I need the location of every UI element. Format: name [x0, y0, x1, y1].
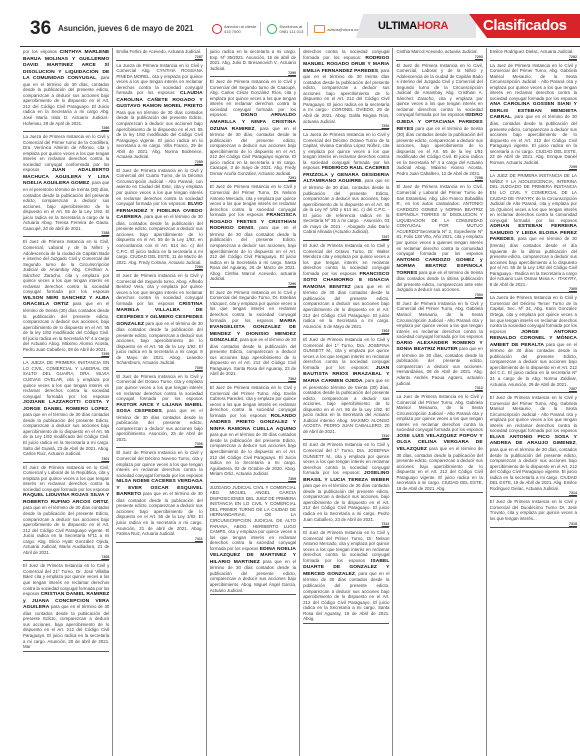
notice-ref-code: 7299: [490, 165, 577, 169]
brand-logo: ULTIMAHORA: [378, 20, 448, 32]
classifieds-columns: por los esposos CINTHYA MARLENE BARUA MO…: [20, 48, 580, 756]
notice-text: para que en el término de 30 días contad…: [303, 483, 389, 521]
contact-whatsapp[interactable]: Escribinos al0981 111 013: [267, 22, 308, 36]
notice-text: La Jueza de Primera Instancia en lo Civi…: [303, 132, 389, 170]
legal-notice: El Juez de Primera Instancia en lo Civil…: [303, 529, 389, 624]
notice-text: El Juez de Primera Instancia en lo Civil…: [490, 499, 577, 521]
notice-ref-code: 7297: [303, 235, 389, 239]
notice-ref-code: 7302: [210, 377, 296, 381]
notice-text: , para que en el término de 30 días cont…: [23, 499, 109, 555]
notice-text: , para que en término de 30 (treinta) dí…: [490, 236, 577, 286]
legal-notice: Emilce Rodríguez Dielac, Actuaria Judici…: [490, 48, 577, 61]
notice-ref-code: 7308: [23, 555, 109, 559]
legal-notice: El Juez de Primera Instancia en lo Civil…: [116, 167, 202, 271]
notice-ref-code: 7303: [303, 329, 389, 333]
notice-text: El Juez de Primera Instancia en lo Civil…: [116, 374, 202, 401]
notice-text: La Jueza de Primera Instancia en lo Civi…: [23, 134, 109, 172]
notice-text: , para que en el término de 30 días, con…: [490, 440, 577, 490]
notice-text: para que en el término de treinta (30) d…: [23, 301, 109, 351]
legal-notice: El Juez de Primera Instancia en lo Civil…: [210, 384, 296, 483]
column-3: juicio radica en la secretaría a mi carg…: [207, 48, 300, 756]
notice-text: La Juez de Primera Instancia en lo Civil…: [490, 63, 577, 101]
contact-value: 0981 111 013: [279, 29, 303, 34]
contact-phone[interactable]: Atención al cliente415 7000: [212, 22, 261, 36]
legal-notice: LA JUEZA DE PRIMERA INSTANCIA EN LO CIVI…: [23, 359, 109, 462]
notice-text: El Juez de Primera Instancia en lo Civil…: [116, 168, 202, 206]
notice-text: , para que en el término de 30 días, con…: [210, 126, 296, 176]
notice-text: para que en el término de 30 días contad…: [116, 321, 202, 366]
notice-text: El Juez de Primera Instancia en lo Civil…: [23, 465, 109, 492]
legal-notice: La Jueza de Primera Instancia en lo Civi…: [23, 133, 109, 237]
notice-ref-code: 7291: [210, 176, 296, 180]
notice-text: para que en el término de 30 días, conta…: [396, 346, 482, 385]
legal-notice: derechos contra la sociedad conyugal for…: [303, 48, 389, 130]
notice-text: , para que en el término de 30 días cont…: [210, 225, 296, 281]
notice-ref-code: 7307: [490, 387, 577, 391]
notice-text: , para que en el perentorio término de t…: [303, 378, 389, 434]
notice-ref-code: 7287: [116, 55, 202, 59]
legal-notice: El Juez de Primera Instancia en lo Civil…: [490, 498, 577, 527]
notice-text: para que en el término de 30 días contad…: [23, 604, 109, 649]
notice-text: La Juez de Primera Instancia en lo Civil…: [396, 394, 482, 432]
legal-notice: La Juez de Primera Instancia en lo Civil…: [490, 62, 577, 172]
notice-text: El Juez de Primera Instancia en lo Civil…: [396, 63, 482, 118]
brand-banner: ULTIMAHORA Clasificados: [356, 14, 580, 38]
legal-notice: El Juez de Primera Instancia en lo Civil…: [303, 242, 389, 335]
notice-ref-code: 7312: [303, 522, 389, 526]
legal-notice: El Juez de Primera Instancia en lo Civil…: [210, 183, 296, 287]
notice-text: JUZGADO JUDICIAL CIVIL Y COMERCIAL ABG. …: [210, 485, 296, 551]
notice-text: para que en el término de 30 días contad…: [210, 432, 296, 476]
phone-icon: [212, 24, 222, 34]
notice-ref-code: 7286: [23, 126, 109, 130]
notice-text: Para que en término de 30 días contados …: [116, 110, 202, 159]
notice-names: ELIAS ANTONIO PICO SOSA Y ANDREA DE ARAU…: [490, 435, 577, 447]
notice-text: LA JUEZ DE PRIMERA INSTANCIA DE LA NIÑEZ…: [490, 173, 577, 222]
notice-text: , para que en el término de 30 treinta d…: [303, 68, 389, 124]
notice-text: LA JUEZA DE PRIMERA INSTANCIA EN LO CIVI…: [23, 360, 109, 398]
legal-notice: El Juez de Primera instancia en lo Civil…: [116, 272, 202, 372]
legal-notice: El Juez de Primera Instancia en lo Civil…: [210, 289, 296, 383]
notice-text: para que en el término de 30 días contad…: [490, 342, 577, 387]
notice-text: , para que en el término de 30 días, con…: [490, 114, 577, 164]
column-5: Cinthia Marcol Acevedo, actuaria Judicia…: [393, 48, 486, 756]
legal-notice: La Jueza de Primera Instancia en lo Civi…: [490, 294, 577, 393]
column-1: por los esposos CINTHYA MARLENE BARUA MO…: [20, 48, 113, 756]
column-6: Emilce Rodríguez Dielac, Actuaria Judici…: [487, 48, 580, 756]
legal-notice: Emilia Ferlini de Acevedo, Actuaria Judi…: [116, 48, 202, 61]
legal-notice: El Juez de Primera Instancia en lo Civil…: [396, 300, 482, 392]
notice-text: , para que en el término de 30 días, con…: [23, 75, 109, 125]
contact-value: 415 7000: [224, 29, 241, 34]
notice-text: para que en el término de 30 días contad…: [116, 491, 202, 536]
notice-ref-code: 7300: [116, 366, 202, 370]
legal-notice: El Juez de Primera Instancia en lo Civil…: [116, 373, 202, 449]
notice-text: , para que en el perentorio término de t…: [23, 180, 109, 230]
notice-ref-code: 7304: [396, 293, 482, 297]
column-2: Emilia Ferlini de Acevedo, Actuaria Judi…: [113, 48, 206, 756]
notice-text: La Jueza de Primera Instancia en lo Civi…: [490, 295, 577, 333]
notice-text: juicio radica en la secretaría a mi carg…: [210, 49, 296, 71]
mail-icon: [314, 25, 325, 33]
notice-ref-code: 7289: [116, 160, 202, 164]
legal-notice: El Juez de Primera Instancia en lo Civil…: [396, 62, 482, 183]
legal-notice: El Juez de Primera Instancia en lo Civil…: [303, 441, 389, 528]
notice-ref-code: 7295: [23, 352, 109, 356]
notice-ref-code: 7314: [490, 491, 577, 495]
notice-ref-code: 7288: [23, 231, 109, 235]
notice-text: El Juez de Primera Instancia en lo Civil…: [116, 450, 202, 477]
legal-notice: LA JUEZ DE PRIMERA INSTANCIA DE LA NIÑEZ…: [490, 172, 577, 293]
legal-notice: JUZGADO JUDICIAL CIVIL Y COMERCIAL ABG. …: [210, 484, 296, 595]
notice-ref-code: 7292: [303, 124, 389, 128]
legal-notice: La Jueza de Primera Instancia en lo Civi…: [303, 131, 389, 241]
section-title: Clasificados: [483, 17, 567, 34]
notice-ref-code: 7315: [490, 522, 577, 526]
notice-text: El Juez de Primera Instancia en lo Civil…: [396, 184, 482, 256]
notice-text: , para que en el término de 30 días cont…: [23, 406, 109, 456]
notice-text: para que en el término de 30 días, conta…: [396, 446, 482, 491]
notice-ref-code: 7296: [210, 282, 296, 286]
whatsapp-icon: [267, 24, 277, 34]
notice-text: , para que en el término de 30 días, con…: [116, 214, 202, 264]
notice-text: El Juez de Primera Instancia en lo Civil…: [396, 301, 482, 339]
legal-notice: El Juez de Primera Instancia en lo Civil…: [23, 562, 109, 651]
legal-notice: El Juez de Primera Instancia en lo Civil…: [116, 449, 202, 542]
contact-strip: Atención al cliente415 7000 Escribinos a…: [212, 22, 371, 36]
legal-notice: por los esposos CINTHYA MARLENE BARUA MO…: [23, 48, 109, 132]
legal-notice: El Juez de Primera Instancia en lo Civil…: [396, 183, 482, 298]
page-number: 36: [30, 18, 51, 40]
page-header: 36 Asunción, jueves 6 de mayo de 2021 At…: [0, 0, 580, 46]
notice-text: El Juez de Primera Instancia en lo Civil…: [490, 395, 577, 433]
notice-names: RAQUEL LIDUVINA ROJAS SILVA Y ROBERTO RU…: [23, 493, 109, 505]
notice-text: para que en el término de treinta (30) d…: [396, 126, 482, 176]
notice-ref-code: 7293: [396, 55, 482, 59]
notice-ref-code: 7310: [303, 434, 389, 438]
notice-ref-code: 7282: [490, 55, 577, 59]
header-rule: [20, 46, 580, 47]
notice-text: , para que en el término de 30 días, con…: [303, 178, 389, 234]
notice-text: , para que en el término de 30 días cont…: [303, 571, 389, 621]
notice-text: El Juez de Primera Instancia en lo Civil…: [210, 79, 296, 117]
legal-notice: El Juez de Primera Instancia en lo Civil…: [490, 394, 577, 497]
notice-ref-code: 7290: [210, 71, 296, 75]
notice-text: Emilia Ferlini de Acevedo, Actuaria Judi…: [116, 49, 201, 54]
notice-text: para que en el término de 30 días contad…: [303, 284, 389, 329]
legal-notice: La Juez de Primera Instancia en lo Civil…: [396, 393, 482, 493]
legal-notice: Cinthia Marcol Acevedo, actuaria Judicia…: [396, 48, 482, 61]
dateline: Asunción, jueves 6 de mayo de 2021: [58, 24, 193, 33]
legal-notice: El Juez de Primera Instancia en lo Civil…: [210, 78, 296, 182]
column-4: derechos contra la sociedad conyugal for…: [300, 48, 393, 756]
notice-text: Cinthia Marcol Acevedo, actuaria Judicia…: [396, 49, 477, 54]
notice-text: , para que en el término de 30 días cont…: [210, 337, 296, 376]
notice-ref-code: 7306: [116, 442, 202, 446]
notice-text: por los esposos: [23, 49, 60, 54]
notice-ref-code: 7309: [210, 477, 296, 481]
legal-notice: El Juez de Primera Instancia en lo Civil…: [303, 336, 389, 440]
legal-notice: El Juez de Primera Instancia en lo Civil…: [23, 464, 109, 562]
legal-notice: juicio radica en la secretaría a mi carg…: [210, 48, 296, 77]
notice-names: JOZIANE LAZZAROTTI COSTA Y JORGE DANIEL …: [23, 400, 109, 412]
notice-ref-code: 7305: [490, 287, 577, 291]
notice-text: El Juez de Primera Instancia en lo Civil…: [23, 239, 109, 294]
notice-text: Emilce Rodríguez Dielac, Actuaria Judici…: [490, 49, 573, 54]
notice-ref-code: 7313: [396, 386, 482, 390]
notice-ref-code: 7301: [23, 457, 109, 461]
notice-ref-code: 7294: [116, 265, 202, 269]
notice-ref-code: 7298: [396, 176, 482, 180]
notice-ref-code: 7311: [116, 537, 202, 541]
legal-notice: El Juez de Primera Instancia en lo Civil…: [23, 238, 109, 358]
legal-notice: La Jueza de Primera Instancia en lo Civi…: [116, 62, 202, 166]
